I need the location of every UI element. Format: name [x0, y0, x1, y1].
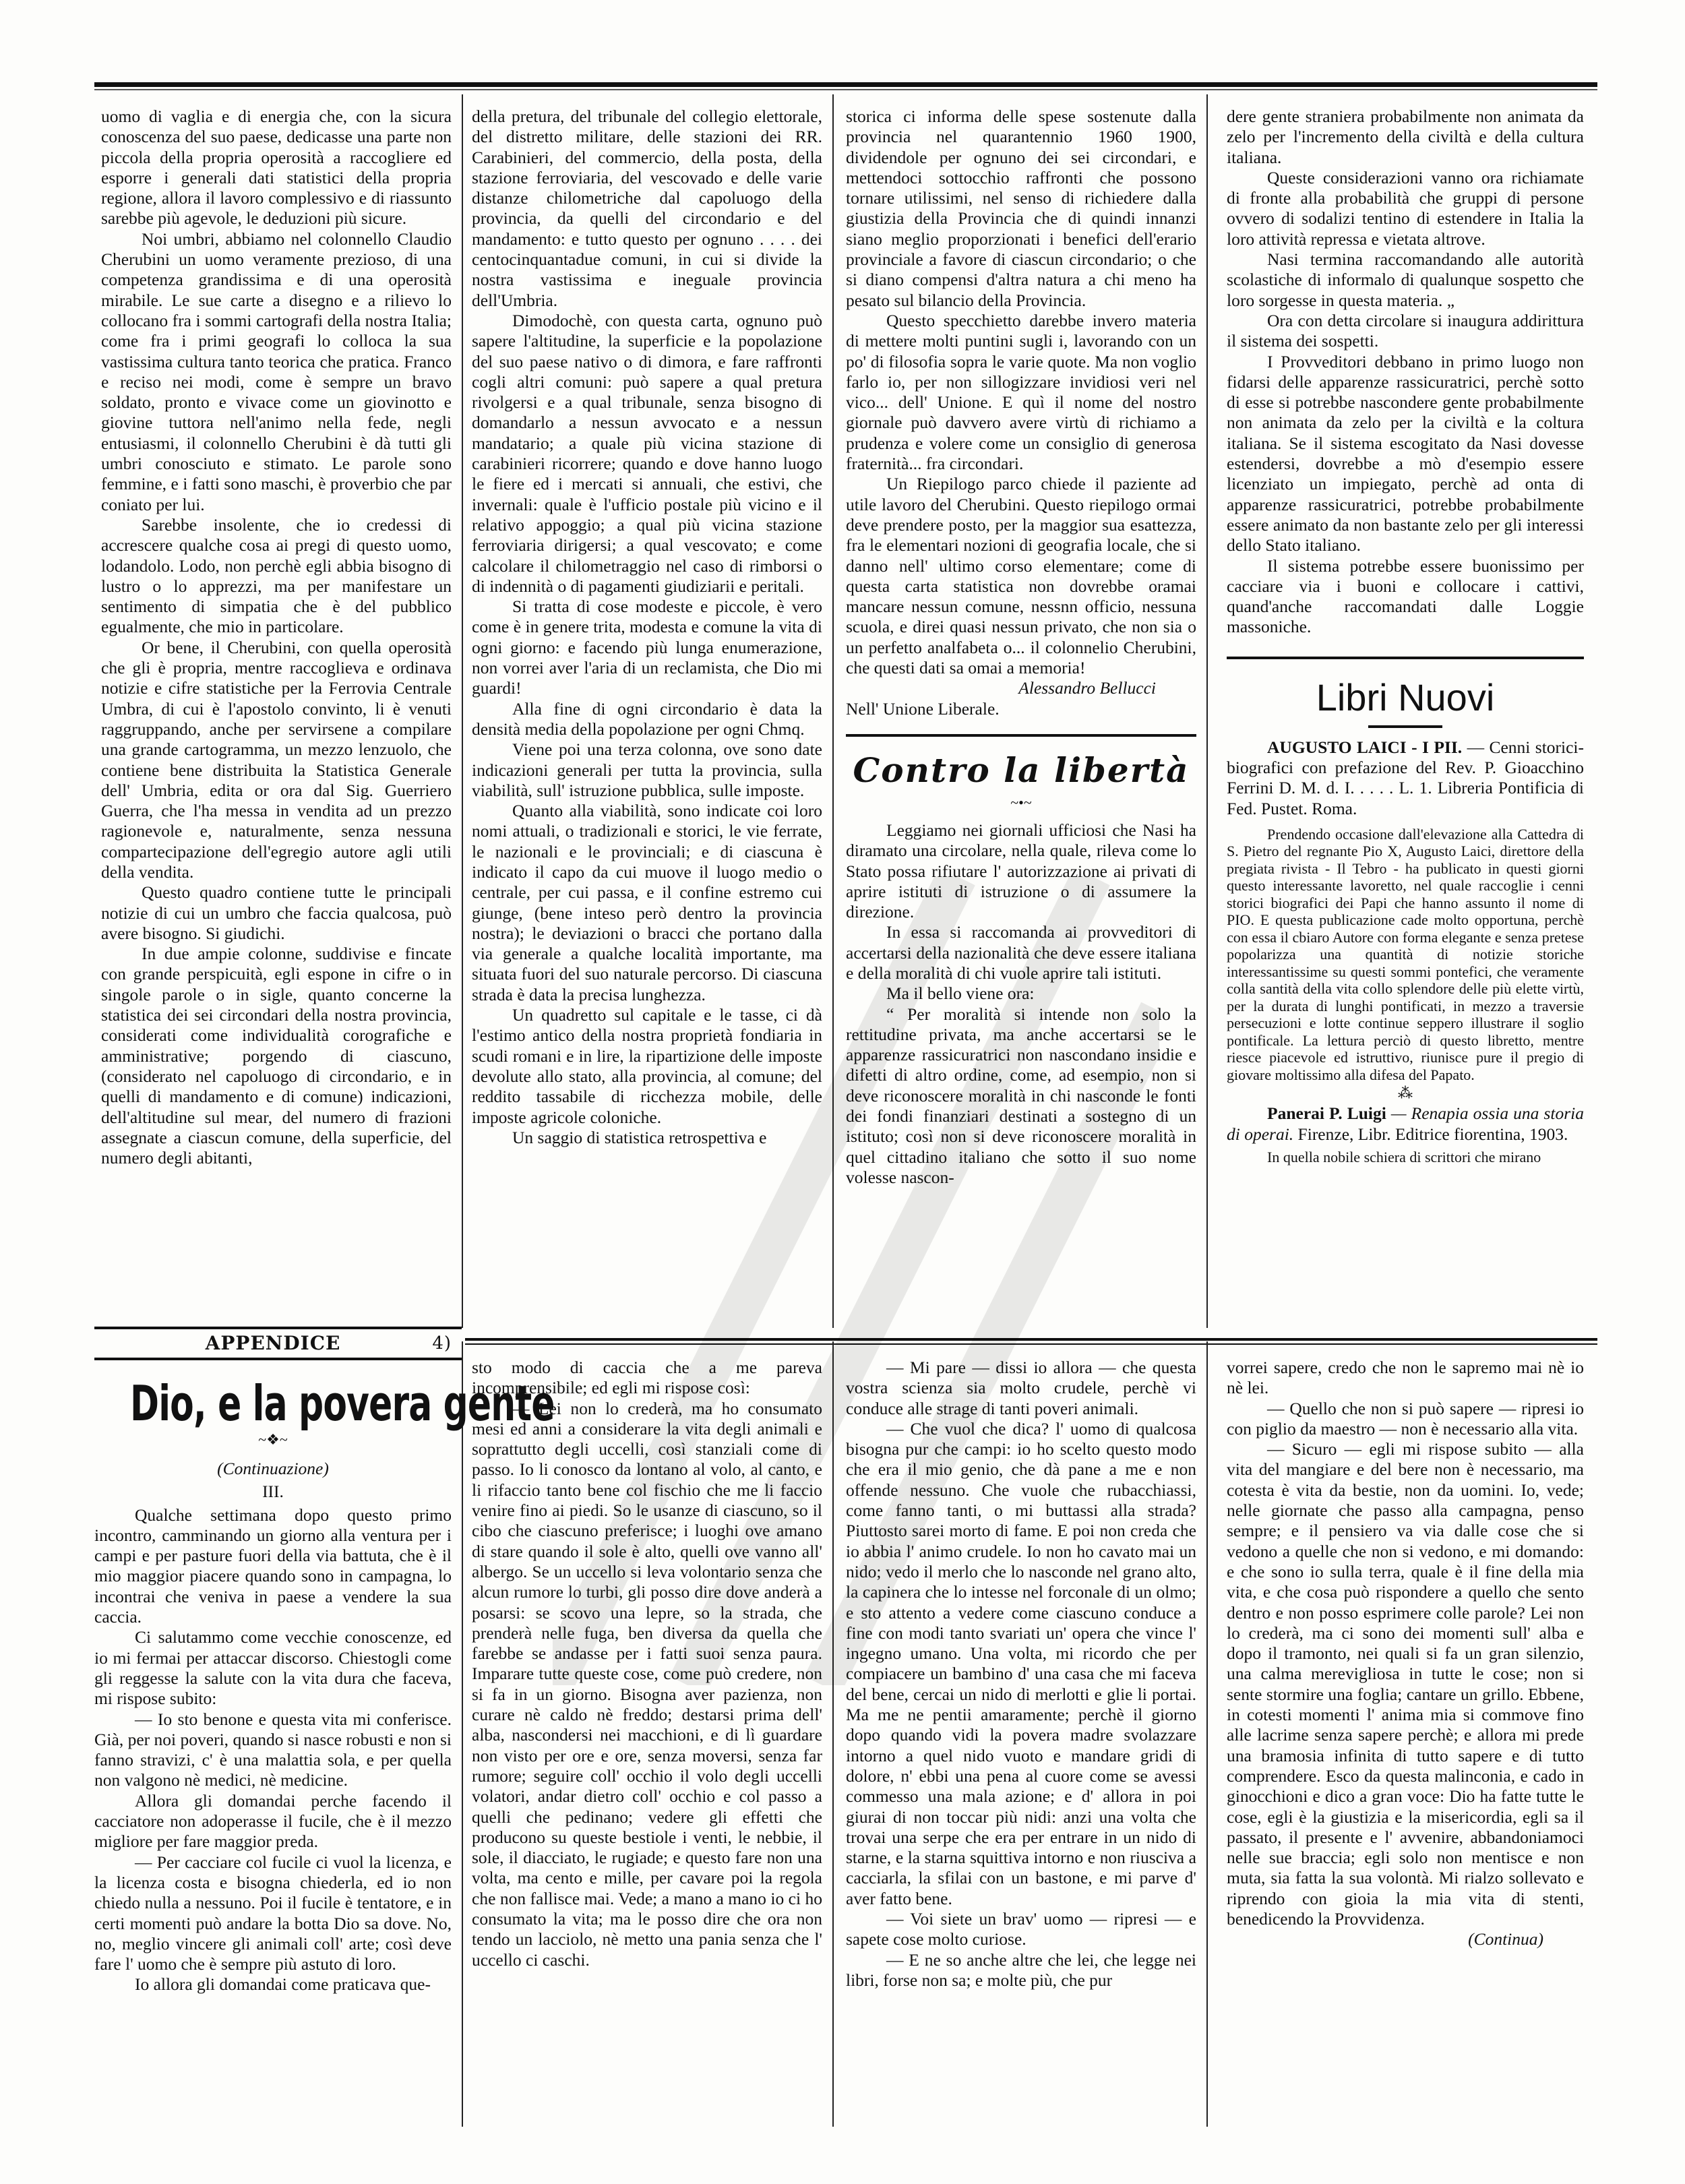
paragraph: Or bene, il Cherubini, con quella operos…	[101, 638, 452, 883]
paragraph: — Che vuol che dica? l' uomo di qualcosa…	[846, 1419, 1196, 1909]
paragraph: Leggiamo nei giornali ufficiosi che Nasi…	[846, 820, 1196, 922]
serial-subtitle: (Continuazione)	[94, 1459, 452, 1479]
paragraph: Dimodochè, con questa carta, ognuno può …	[472, 311, 822, 597]
paragraph: — Quello che non si può sapere — ripresi…	[1227, 1399, 1584, 1440]
newspaper-page: uomo di vaglia e di energia che, con la …	[0, 0, 1685, 2184]
paragraph: Noi umbri, abbiamo nel colonnello Claudi…	[101, 229, 452, 515]
paragraph: Ma il bello viene ora:	[846, 983, 1196, 1004]
paragraph: della pretura, del tribunale del collegi…	[472, 107, 822, 311]
paragraph: — Lei non lo crederà, ma ho consumato me…	[472, 1399, 822, 1970]
paragraph: Io allora gli domandai come praticava qu…	[94, 1974, 452, 1995]
paragraph: uomo di vaglia e di energia che, con la …	[101, 107, 452, 229]
column-divider-1	[462, 94, 463, 1328]
paragraph: Sarebbe insolente, che io credessi di ac…	[101, 515, 452, 638]
paragraph: Il sistema potrebbe essere buonissimo pe…	[1227, 556, 1584, 638]
paragraph: Questo quadro contiene tutte le principa…	[101, 882, 452, 944]
column-divider-2	[832, 94, 834, 1328]
paragraph: Si tratta di cose modeste e piccole, è v…	[472, 597, 822, 698]
title-underline	[1368, 725, 1442, 728]
paragraph: Questo specchietto darebbe invero materi…	[846, 311, 1196, 474]
paragraph: Nasi termina raccomandando alle autorità…	[1227, 249, 1584, 311]
appendice-header: APPENDICE 4)	[94, 1331, 452, 1356]
paragraph: Allora gli domandai perche facendo il ca…	[94, 1791, 452, 1852]
masthead-rule	[94, 82, 1597, 87]
serial-col4: vorrei sapere, credo che non le sapremo …	[1227, 1358, 1584, 1950]
serial-col1: Dio, e la povera gente ~❖~ (Continuazion…	[94, 1368, 452, 1995]
paragraph: Viene poi una terza colonna, ove sono da…	[472, 739, 822, 801]
appendice-label: APPENDICE	[206, 1332, 341, 1354]
article-cherubini-col1: uomo di vaglia e di energia che, con la …	[101, 107, 452, 1168]
paragraph: Un quadretto sul capitale e le tasse, ci…	[472, 1005, 822, 1128]
paragraph: Un saggio di statistica retrospettiva e	[472, 1128, 822, 1148]
masthead-rule-thin	[94, 89, 1597, 90]
section-divider-rule-thin	[465, 1343, 1597, 1345]
section-title-libri-nuovi: Libri Nuovi	[1227, 674, 1584, 721]
article-title-contro-la-liberta: Contro la libertà	[846, 750, 1196, 791]
article-source: Nell' Unione Liberale.	[846, 699, 1196, 719]
column-divider-3-lower	[1206, 1341, 1208, 2127]
paragraph: I Provveditori debbano in primo luogo no…	[1227, 352, 1584, 556]
section-divider-rule	[465, 1338, 1597, 1341]
book2-info: Firenze, Libr. Editrice fiorentina, 1903…	[1298, 1124, 1568, 1144]
article-column-3: storica ci informa delle spese sostenute…	[846, 107, 1196, 1188]
paragraph: — Mi pare — dissi io allora — che questa…	[846, 1358, 1196, 1419]
paragraph: sto modo di caccia che a me pareva incom…	[472, 1358, 822, 1399]
section-rule	[846, 734, 1196, 737]
paragraph: Qualche settimana dopo questo primo inco…	[94, 1505, 452, 1628]
column-divider-2-lower	[832, 1341, 834, 2127]
paragraph: dere gente straniera probabilmente non a…	[1227, 107, 1584, 168]
paragraph: — Per cacciare col fucile ci vuol la lic…	[94, 1852, 452, 1975]
appendice-top-rule	[94, 1327, 462, 1329]
chapter-number: III.	[94, 1482, 452, 1502]
paragraph: Un Riepilogo parco chiede il paziente ad…	[846, 474, 1196, 678]
column-divider-3	[1206, 94, 1208, 1328]
article-signature: Alessandro Bellucci	[846, 678, 1196, 698]
paragraph: Ora con detta circolare si inaugura addi…	[1227, 311, 1584, 352]
appendice-number: 4)	[432, 1331, 452, 1356]
section-rule	[1227, 657, 1584, 659]
ornament-icon: ~❖~	[94, 1432, 452, 1448]
paragraph: — Voi siete un brav' uomo — ripresi — e …	[846, 1909, 1196, 1950]
book2-author: Panerai P. Luigi	[1267, 1103, 1386, 1123]
book1-heading: AUGUSTO LAICI - I PII.	[1267, 737, 1462, 757]
asterism-icon: ⁂	[1227, 1083, 1584, 1103]
paragraph: vorrei sapere, credo che non le sapremo …	[1227, 1358, 1584, 1399]
book1-review: Prendendo occasione dall'elevazione alla…	[1227, 826, 1584, 1084]
paragraph: In essa si raccomanda ai provveditori di…	[846, 922, 1196, 983]
paragraph: — Io sto benone e questa vita mi conferi…	[94, 1709, 452, 1791]
paragraph: Queste considerazioni vanno ora richiama…	[1227, 168, 1584, 249]
paragraph: storica ci informa delle spese sostenute…	[846, 107, 1196, 311]
serial-col2: sto modo di caccia che a me pareva incom…	[472, 1358, 822, 1970]
serial-continua: (Continua)	[1227, 1929, 1584, 1949]
appendice-bottom-rule	[94, 1358, 462, 1360]
article-column-4: dere gente straniera probabilmente non a…	[1227, 107, 1584, 1166]
article-cherubini-col2: della pretura, del tribunale del collegi…	[472, 107, 822, 1148]
paragraph: Quanto alla viabilità, sono indicate coi…	[472, 801, 822, 1005]
paragraph: Alla fine di ogni circondario è data la …	[472, 699, 822, 740]
paragraph: “ Per moralità si intende non solo la re…	[846, 1004, 1196, 1188]
serial-col3: — Mi pare — dissi io allora — che questa…	[846, 1358, 1196, 1991]
paragraph: Ci salutammo come vecchie conoscenze, ed…	[94, 1627, 452, 1709]
book2-review: In quella nobile schiera di scrittori ch…	[1227, 1149, 1584, 1166]
ornament-icon: ~•~	[846, 795, 1196, 811]
serial-title: Dio, e la povera gente	[130, 1375, 416, 1432]
column-divider-1-lower	[462, 1341, 463, 2127]
paragraph: In due ampie colonne, suddivise e fincat…	[101, 944, 452, 1168]
paragraph: — E ne so anche altre che lei, che legge…	[846, 1950, 1196, 1991]
paragraph: — Sicuro — egli mi rispose subito — alla…	[1227, 1439, 1584, 1929]
